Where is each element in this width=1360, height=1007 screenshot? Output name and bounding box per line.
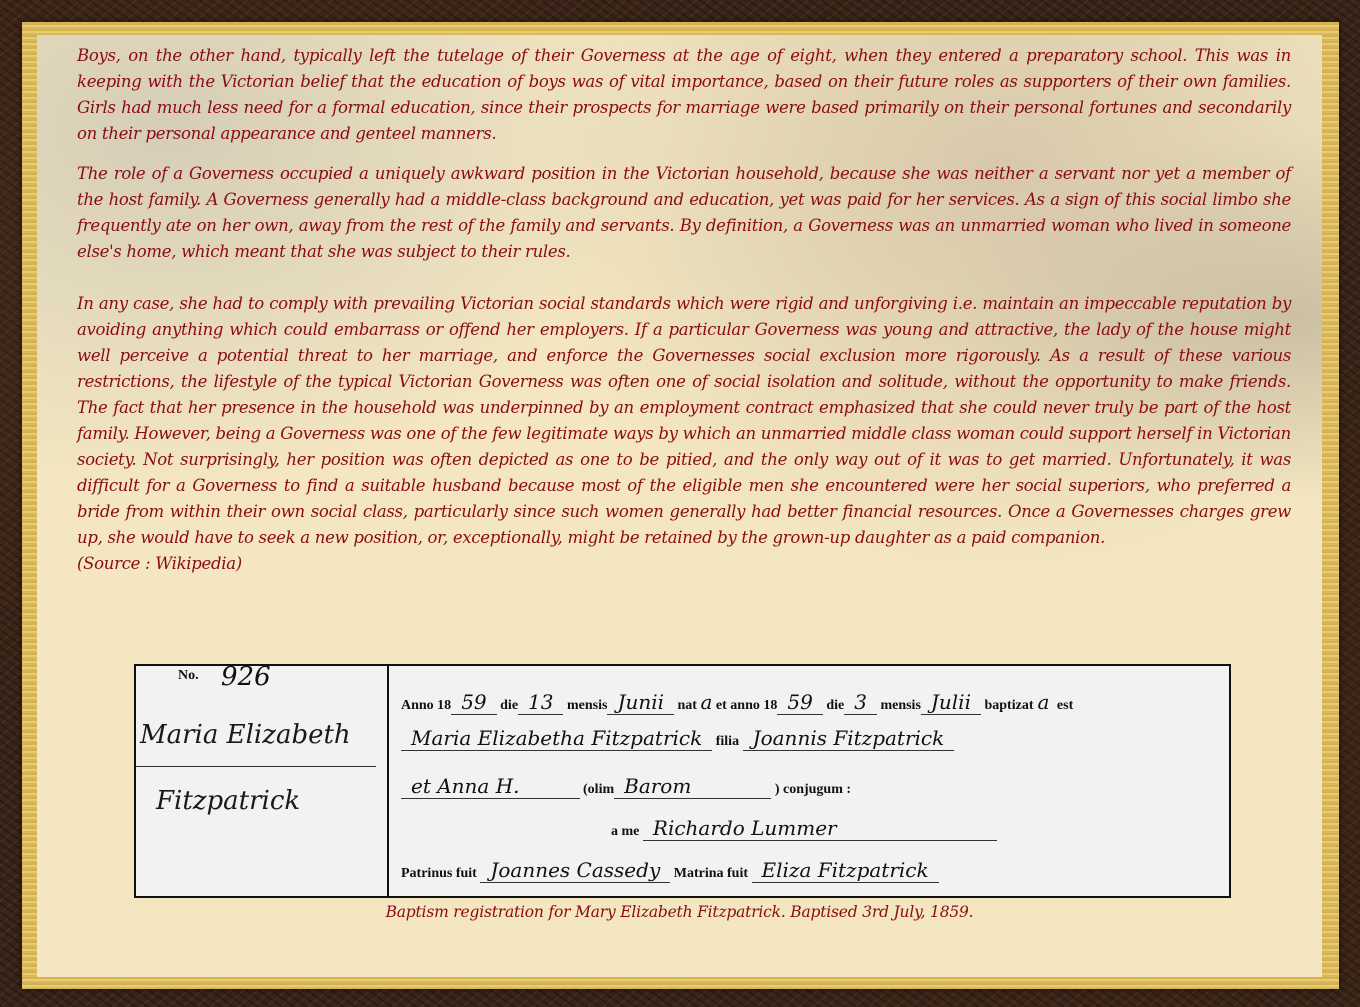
mother-maiden-name: Barom: [614, 774, 771, 799]
margin-name-given: Maria Elizabeth: [140, 720, 351, 750]
parchment-page: Boys, on the other hand, typically left …: [37, 35, 1322, 977]
record-margin-column: No. 926 Maria Elizabeth Fitzpatrick: [136, 666, 389, 896]
matrina-label: Matrina fuit: [674, 866, 748, 881]
paragraph-social-standards: In any case, she had to comply with prev…: [77, 291, 1291, 577]
record-entry-column: Anno 1859 die13 mensisJunii nat a et ann…: [391, 666, 1229, 896]
record-line-godparents: Patrinus fuit Joannes Cassedy Matrina fu…: [401, 858, 939, 882]
a-me-label: a me: [611, 824, 639, 839]
source-citation: (Source : Wikipedia): [77, 554, 242, 573]
baptizat-label: baptizat: [984, 698, 1033, 713]
record-line-priest: a me Richardo Lummer: [611, 816, 997, 840]
record-number: 926: [221, 662, 271, 692]
gold-frame: Boys, on the other hand, typically left …: [22, 22, 1339, 989]
et-anno-label: et anno 18: [716, 698, 777, 713]
record-line-dates: Anno 1859 die13 mensisJunii nat a et ann…: [401, 690, 1073, 714]
baptism-month: Julii: [921, 690, 981, 715]
father-name: Joannis Fitzpatrick: [743, 726, 955, 751]
child-name: Maria Elizabetha Fitzpatrick: [401, 726, 712, 751]
priest-name: Richardo Lummer: [643, 816, 997, 841]
godfather-name: Joannes Cassedy: [480, 858, 670, 883]
record-number-label: No.: [178, 668, 199, 684]
baptism-day: 3: [844, 690, 877, 715]
paragraph-governess-role: The role of a Governess occupied a uniqu…: [77, 161, 1291, 265]
birth-year: 59: [451, 690, 496, 715]
baptizat-suffix: a: [1033, 690, 1053, 714]
die2-label: die: [826, 698, 844, 713]
margin-rule: [136, 766, 376, 767]
birth-month: Junii: [607, 690, 674, 715]
paragraph-boys-education: Boys, on the other hand, typically left …: [77, 43, 1291, 147]
birth-day: 13: [518, 690, 563, 715]
record-line-mother: et Anna H. (olimBarom ) conjugum :: [401, 774, 851, 798]
paragraph-social-standards-text: In any case, she had to comply with prev…: [77, 294, 1291, 547]
mensis-label: mensis: [567, 698, 607, 713]
baptism-record-image: No. 926 Maria Elizabeth Fitzpatrick Anno…: [134, 664, 1231, 898]
conjugum-label: ) conjugum :: [775, 782, 851, 797]
baptism-year: 59: [777, 690, 822, 715]
est-label: est: [1057, 698, 1073, 713]
nat-label: nat: [678, 698, 697, 713]
nat-suffix: a: [700, 690, 712, 714]
die-label: die: [500, 698, 518, 713]
patrinus-label: Patrinus fuit: [401, 866, 477, 881]
olim-label: (olim: [583, 782, 614, 797]
article-body: Boys, on the other hand, typically left …: [77, 43, 1291, 591]
mother-name: et Anna H.: [401, 774, 580, 799]
anno-label: Anno 18: [401, 698, 451, 713]
mensis2-label: mensis: [880, 698, 920, 713]
image-caption: Baptism registration for Mary Elizabeth …: [37, 903, 1322, 921]
filia-label: filia: [716, 734, 739, 749]
record-line-parentage: Maria Elizabetha Fitzpatrick filia Joann…: [401, 726, 954, 750]
margin-name-surname: Fitzpatrick: [156, 786, 300, 816]
godmother-name: Eliza Fitzpatrick: [752, 858, 939, 883]
